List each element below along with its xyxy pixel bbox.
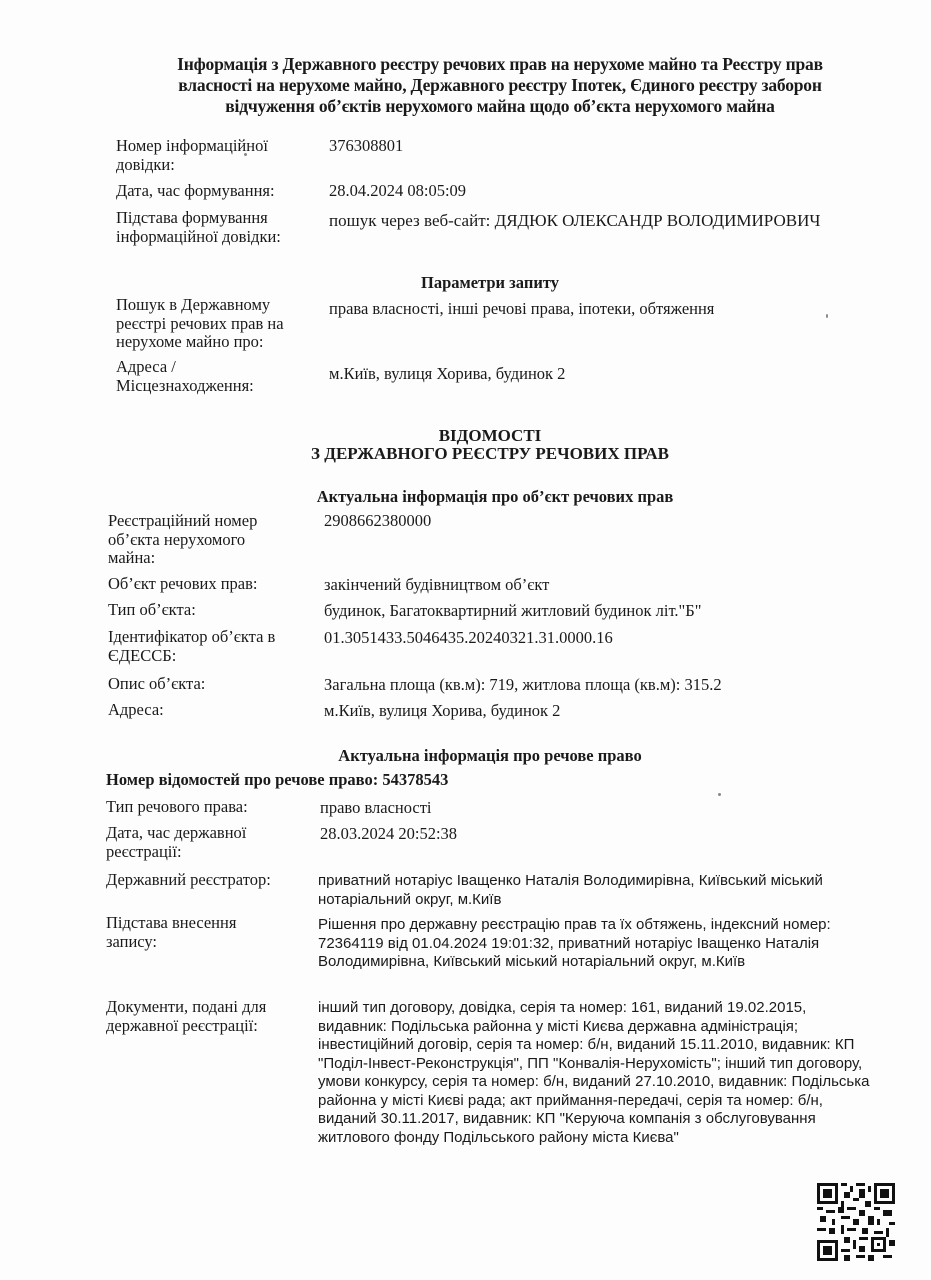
object-value: 2908662380000 xyxy=(324,512,884,531)
query-params-heading: Параметри запиту xyxy=(330,273,650,292)
right-label: Державний реєстратор: xyxy=(106,871,311,890)
object-info-heading: Актуальна інформація про об’єкт речових … xyxy=(240,487,750,506)
qr-code-icon xyxy=(817,1183,895,1261)
right-label: Дата, час державної реєстрації: xyxy=(106,824,276,861)
right-label: Документи, подані для державної реєстрац… xyxy=(106,998,296,1035)
info-value: пошук через веб-сайт: ДЯДЮК ОЛЕКСАНДР ВО… xyxy=(329,212,929,231)
query-label: Адреса / Місцезнаходження: xyxy=(116,358,276,395)
right-label: Підстава внесення запису: xyxy=(106,914,266,951)
object-label: Реєстраційний номер об’єкта нерухомого м… xyxy=(108,512,268,568)
object-value: закінчений будівництвом об’єкт xyxy=(324,576,884,595)
object-label: Об’єкт речових прав: xyxy=(108,575,308,594)
scan-speck xyxy=(244,153,247,156)
right-value: приватний нотаріус Іващенко Наталія Воло… xyxy=(318,872,848,909)
query-value: права власності, інші речові права, іпот… xyxy=(329,300,889,319)
info-value: 28.04.2024 08:05:09 xyxy=(329,182,889,201)
document-title: Інформація з Державного реєстру речових … xyxy=(140,54,860,117)
right-record-number: Номер відомостей про речове право: 54378… xyxy=(106,771,448,790)
query-value: м.Київ, вулиця Хорива, будинок 2 xyxy=(329,365,889,384)
query-label: Пошук в Державному реєстрі речових прав … xyxy=(116,296,296,352)
object-label: Адреса: xyxy=(108,701,308,720)
registry-heading-line2: З ДЕРЖАВНОГО РЕЄСТРУ РЕЧОВИХ ПРАВ xyxy=(200,444,780,463)
object-label: Ідентифікатор об’єкта в ЄДЕССБ: xyxy=(108,628,308,665)
scan-speck xyxy=(718,793,721,796)
right-value: право власності xyxy=(320,799,880,818)
right-value: Рішення про державну реєстрацію прав та … xyxy=(318,916,863,972)
object-value: будинок, Багатоквартирний житловий будин… xyxy=(324,602,884,621)
info-label: Підстава формування інформаційної довідк… xyxy=(116,209,306,246)
right-value: 28.03.2024 20:52:38 xyxy=(320,825,880,844)
scan-speck xyxy=(826,314,828,318)
info-label: Номер інформаційної довідки: xyxy=(116,137,301,174)
info-label: Дата, час формування: xyxy=(116,182,316,201)
info-value: 376308801 xyxy=(329,137,889,156)
object-label: Опис об’єкта: xyxy=(108,675,308,694)
object-value: м.Київ, вулиця Хорива, будинок 2 xyxy=(324,702,884,721)
object-value: 01.3051433.5046435.20240321.31.0000.16 xyxy=(324,629,884,648)
right-label: Тип речового права: xyxy=(106,798,306,817)
document-page: Інформація з Державного реєстру речових … xyxy=(0,0,931,1280)
right-info-heading: Актуальна інформація про речове право xyxy=(250,746,730,765)
object-value: Загальна площа (кв.м): 719, житлова площ… xyxy=(324,676,884,695)
right-value: інший тип договору, довідка, серія та но… xyxy=(318,999,878,1147)
object-label: Тип об’єкта: xyxy=(108,601,308,620)
registry-heading-line1: ВІДОМОСТІ xyxy=(200,426,780,445)
